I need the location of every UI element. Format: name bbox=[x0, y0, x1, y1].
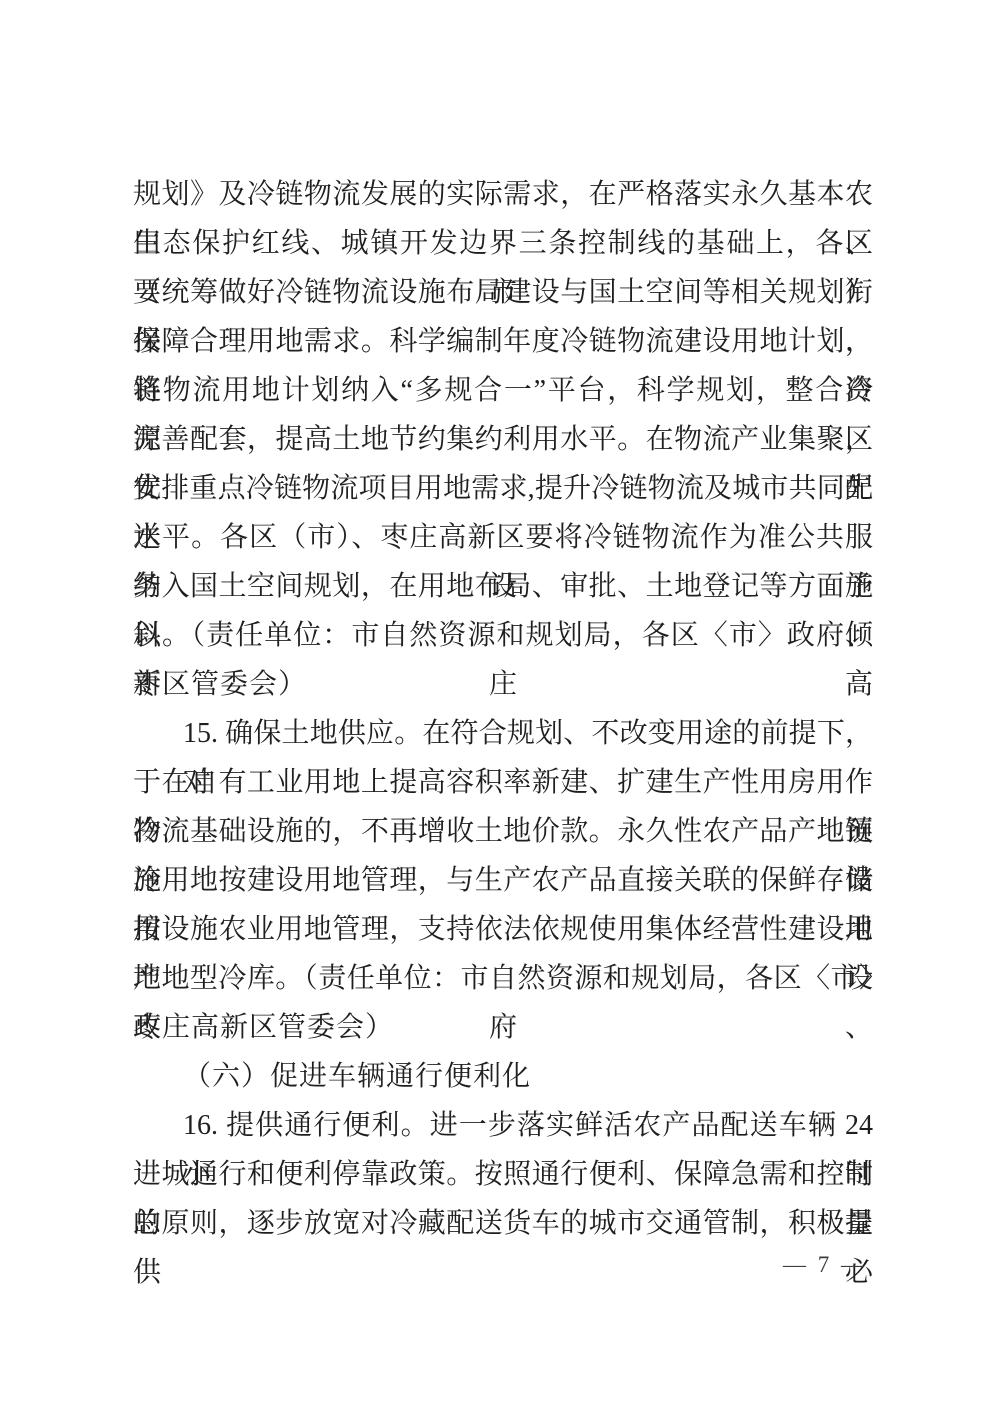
page-number: — 7 — bbox=[783, 1250, 867, 1280]
document-text-block: 规划》及冷链物流发展的实际需求，在严格落实永久基本农田、生态保护红线、城镇开发边… bbox=[133, 170, 873, 1248]
text-line: 按设施农业用地管理，支持依法依规使用集体经营性建设用地设 bbox=[133, 905, 873, 954]
text-line: 链物流用地计划纳入“多规合一”平台，科学规划，整合资源， bbox=[133, 366, 873, 415]
text-line: 15. 确保土地供应。在符合规划、不改变用途的前提下，对 bbox=[133, 709, 873, 758]
text-line: 完善配套，提高土地节约集约利用水平。在物流产业集聚区优先 bbox=[133, 415, 873, 464]
text-line: 要统筹做好冷链物流设施布局建设与国土空间等相关规划衔接， bbox=[133, 268, 873, 317]
document-page: 规划》及冷链物流发展的实际需求，在严格落实永久基本农田、生态保护红线、城镇开发边… bbox=[0, 0, 1000, 1414]
text-line: 安排重点冷链物流项目用地需求,提升冷链物流及城市共同配送 bbox=[133, 464, 873, 513]
text-line: 的原则，逐步放宽对冷藏配送货车的城市交通管制，积极提供必 bbox=[133, 1199, 873, 1248]
text-line: 产地型冷库。（责任单位：市自然资源和规划局，各区〈市〉政府、 bbox=[133, 954, 873, 1003]
text-line: 规划》及冷链物流发展的实际需求，在严格落实永久基本农田、 bbox=[133, 170, 873, 219]
text-line: 保障合理用地需求。科学编制年度冷链物流建设用地计划，将冷 bbox=[133, 317, 873, 366]
text-line: 物流基础设施的，不再增收土地价款。永久性农产品产地预冷设 bbox=[133, 807, 873, 856]
text-line: 纳入国土空间规划，在用地布局、审批、土地登记等方面予以倾 bbox=[133, 562, 873, 611]
text-line: 16. 提供通行便利。进一步落实鲜活农产品配送车辆 24 小时 bbox=[133, 1101, 873, 1150]
text-line: 进城通行和便利停靠政策。按照通行便利、保障急需和控制总量 bbox=[133, 1150, 873, 1199]
text-line: 水平。各区（市）、枣庄高新区要将冷链物流作为准公共服务设施 bbox=[133, 513, 873, 562]
text-line: 于在自有工业用地上提高容积率新建、扩建生产性用房用作冷链 bbox=[133, 758, 873, 807]
text-line: 斜。（责任单位：市自然资源和规划局，各区〈市〉政府、枣庄高 bbox=[133, 611, 873, 660]
text-line: 施用地按建设用地管理，与生产农产品直接关联的保鲜存储用地 bbox=[133, 856, 873, 905]
text-line: 生态保护红线、城镇开发边界三条控制线的基础上，各区（市） bbox=[133, 219, 873, 268]
text-line: （六）促进车辆通行便利化 bbox=[133, 1052, 873, 1101]
